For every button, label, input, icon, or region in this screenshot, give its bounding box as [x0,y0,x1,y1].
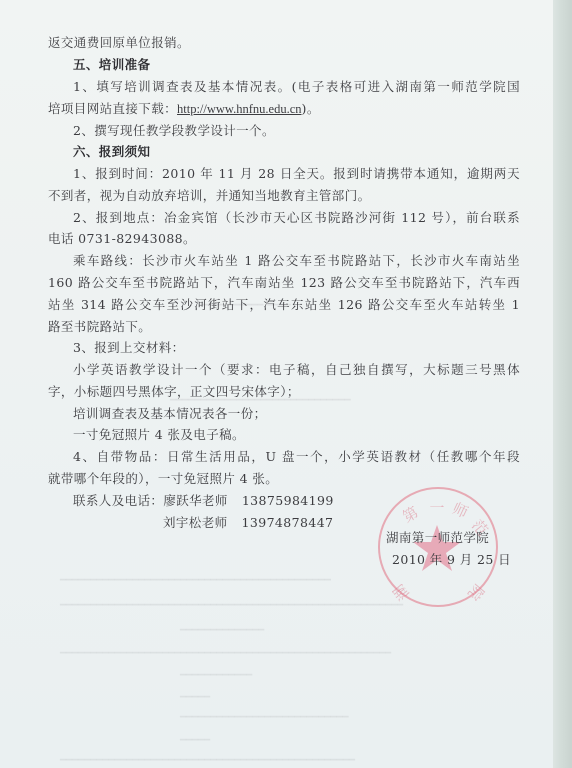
prep-item-1-line-2: 培项目网站直接下载：http://www.hnfnu.edu.cn)。 [48,98,320,121]
bus-route-line-4: 路至书院路站下。 [48,316,151,338]
registration-time-line-2: 不到者，视为自动放弃培训，并通知当地教育主管部门。 [48,185,371,207]
contact-row-2: 刘宇松老师13974878447 [163,512,333,534]
seal-star-icon: 一 师 第 范 湖 院 [380,489,495,604]
registration-place-line-1: 2、报到地点：冶金宾馆（长沙市天心区书院路沙河街 112 号），前台联系 [73,207,520,229]
bus-route-line-1: 乘车路线：长沙市火车站坐 1 路公交车至书院路站下，长沙市火车南站坐 [73,250,520,272]
svg-text:第: 第 [399,503,421,526]
svg-text:湖: 湖 [389,581,412,604]
items-to-bring-line-1: 4、自带物品：日常生活用品，U 盘一个，小学英语教材（任教哪个年段 [73,446,520,468]
contact-phone: 13974878447 [242,515,334,530]
prep-item-1-suffix: )。 [302,101,320,116]
registration-place-line-2: 电话 0731-82943088。 [48,228,196,250]
prep-item-2: 2、撰写现任教学段教学设计一个。 [73,120,275,142]
material-1-line-1: 小学英语教学设计一个（要求：电子稿，自己独自撰写，大标题三号黑体 [73,359,520,381]
svg-text:院: 院 [464,581,487,604]
bus-route-line-2: 160 路公交车至书院路站下，汽车南站坐 123 路公交车至书院路站下，汽车西 [48,272,520,294]
section-heading-training-prep: 五、培训准备 [73,54,150,76]
items-to-bring-line-2: 就带哪个年段的），一寸免冠照片 4 张。 [48,468,278,490]
contact-name: 廖跃华老师 [163,493,228,508]
contact-name: 刘宇松老师 [163,515,228,530]
carryover-line: 返交通费回原单位报销。 [48,32,190,54]
material-2: 培训调查表及基本情况表各一份； [73,403,267,425]
bus-route-line-3: 站坐 314 路公交车至沙河街站下，汽车东站坐 126 路公交车至火车站转坐 1 [48,294,520,316]
svg-text:一: 一 [429,499,444,517]
svg-text:师: 师 [450,499,471,522]
section-heading-registration: 六、报到须知 [73,141,150,163]
materials-heading: 3、报到上交材料： [73,337,185,359]
signature-date: 2010 年 9 月 25 日 [392,550,511,568]
page-edge-shadow [553,0,572,768]
official-seal: 一 师 第 范 湖 院 [378,487,498,607]
website-link[interactable]: http://www.hnfnu.edu.cn [177,102,302,116]
contact-row-1: 联系人及电话：廖跃华老师13875984199 [73,490,334,512]
prep-item-1-prefix: 培项目网站直接下载： [48,101,177,116]
prep-item-1-line-1: 1、填写培训调查表及基本情况表。(电子表格可进入湖南第一师范学院国 [73,76,520,98]
material-1-line-2: 字，小标题四号黑体字，正文四号宋体字）； [48,381,300,403]
signature-org: 湖南第一师范学院 [386,528,489,546]
contact-phone: 13875984199 [242,493,334,508]
material-3: 一寸免冠照片 4 张及电子稿。 [73,424,245,446]
registration-time-line-1: 1、报到时间：2010 年 11 月 28 日全天。报到时请携带本通知，逾期两天 [73,163,520,185]
contacts-label: 联系人及电话： [73,493,163,508]
